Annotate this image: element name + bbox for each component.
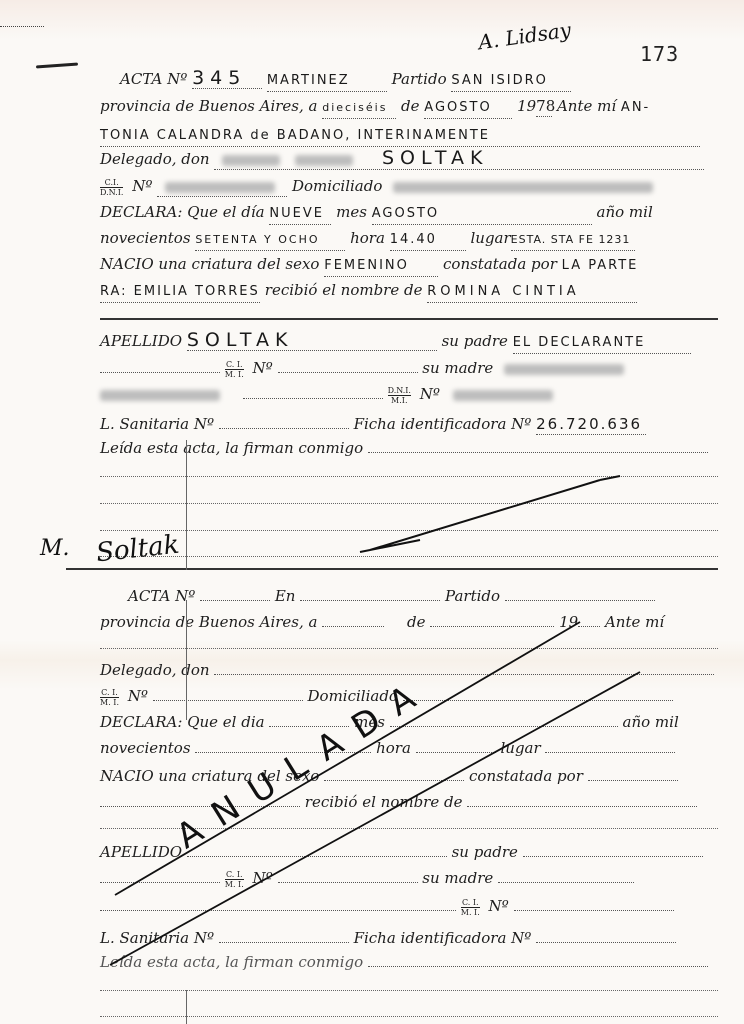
lugar-label: lugar (500, 739, 540, 757)
entry1-recibio-line: RA: EMILIA TORRES recibió el nombre de R… (100, 280, 718, 303)
signature-line-4 (100, 556, 718, 557)
ficha-label: Ficha identificadora Nº (354, 415, 532, 433)
declara-label: DECLARA: Que el día (100, 203, 265, 221)
madre-label: su madre (422, 359, 493, 377)
ante-label: Ante mí (557, 97, 616, 115)
year-prefix: 19 (559, 613, 578, 631)
lugar-label: lugar (470, 229, 510, 247)
de-label: de (407, 613, 425, 631)
birth-certificate-page: A. Lidsay 173 ACTA Nº 345 MARTINEZ Parti… (0, 0, 744, 1024)
ci-fraction: C. I.M. I. (100, 688, 119, 707)
surname (187, 840, 447, 857)
entry2-nacio-line: NACIO una criatura del sexo constatada p… (100, 764, 718, 786)
entry2-mother-id-line: C. I.M. I. Nº (100, 894, 718, 917)
entry1-leida-line: Leída esta acta, la firman conmigo (100, 436, 718, 458)
entry1-provincia-line: provincia de Buenos Aires, a dieciséis d… (100, 96, 718, 119)
entry1-apellido-line: APELLIDO SOLTAK su padre EL DECLARANTE (100, 330, 718, 354)
delegado-label: Delegado, don (100, 661, 210, 679)
entry1-nacio-line: NACIO una criatura del sexo FEMENINO con… (100, 254, 718, 277)
entry1-sanitaria-line: L. Sanitaria Nº Ficha identificadora Nº … (100, 412, 718, 435)
mother (498, 866, 634, 883)
constatada-label: constatada por (469, 767, 583, 785)
folio-number: 173 (640, 42, 679, 66)
redacted-mother-id (453, 390, 553, 401)
signature-line-3 (100, 530, 718, 531)
sanitaria-number (219, 926, 349, 943)
ante-label: Ante mí (605, 613, 664, 631)
registrar-signature: A. Lidsay (477, 18, 573, 55)
ci-fraction: C. I.M. I. (225, 870, 244, 889)
apellido-label: APELLIDO (100, 332, 182, 350)
entry1-declara-line: DECLARA: Que el día NUEVE mes AGOSTO año… (100, 202, 718, 225)
no-label: Nº (253, 869, 273, 887)
signature-line-1 (100, 476, 718, 477)
acta-label: ACTA Nº (120, 70, 187, 88)
entry1-acta-line: ACTA Nº 345 MARTINEZ Partido SAN ISIDRO (120, 68, 718, 92)
staple-mark (36, 63, 78, 69)
entry2-provincia-line: provincia de Buenos Aires, a de 19 Ante … (100, 610, 718, 632)
date-month: AGOSTO (424, 98, 512, 119)
signature-line-6 (100, 1016, 718, 1017)
attested-by-2: RA: EMILIA TORRES (100, 282, 260, 303)
leida-label: Leída esta acta, la firman conmigo (100, 953, 363, 971)
year-prefix: 19 (517, 97, 536, 115)
mes-label: mes (336, 203, 367, 221)
redacted-second-name (295, 155, 353, 166)
ficha-number: 26.720.636 (536, 414, 646, 435)
year-suffix: 78 (536, 96, 552, 117)
acta-number: 345 (192, 68, 262, 89)
entry-divider (66, 568, 718, 570)
father-id-blank (100, 356, 220, 373)
delegado-surname: SOLTAK (382, 147, 489, 169)
birth-day: NUEVE (269, 204, 331, 225)
entry2-acta-line: ACTA Nº En Partido (128, 584, 718, 606)
birth-place (545, 736, 675, 753)
redacted-mother-name (504, 364, 624, 375)
acta-number (200, 584, 270, 601)
mother-blank (243, 382, 383, 399)
date-day: dieciséis (322, 98, 396, 119)
de-label: de (401, 97, 419, 115)
ci-fraction: C. I.M. I. (225, 360, 244, 379)
father (523, 840, 703, 857)
id-number (153, 684, 303, 701)
signatures-blank (368, 436, 708, 453)
fold-crease-2 (186, 600, 187, 720)
mother-blank (100, 894, 456, 911)
entry2-novecientos-line: novecientos hora lugar (100, 736, 718, 758)
signatures-blank (368, 950, 708, 967)
novecientos-label: novecientos (100, 739, 191, 757)
no-label: Nº (420, 385, 440, 403)
entry1-id-line: C.I.D.N.I. Nº Domiciliado (100, 176, 718, 197)
fold-crease (186, 440, 187, 570)
entry2-sanitaria-line: L. Sanitaria Nº Ficha identificadora Nº (100, 926, 718, 948)
entry2-leida-line: Leída esta acta, la firman conmigo (100, 950, 718, 972)
no-label: Nº (128, 687, 148, 705)
official-name: TONIA CALANDRA de BADANO, INTERINAMENTE (100, 126, 700, 147)
year-suffix (578, 610, 600, 627)
ficha-number (536, 926, 676, 943)
novecientos-label: novecientos (100, 229, 191, 247)
entry2-official-line (100, 648, 718, 649)
entry2-madre-line: C. I.M. I. Nº su madre (100, 866, 718, 889)
partido-label: Partido (445, 587, 500, 605)
entry1-delegado-line: Delegado, don SOLTAK (100, 148, 718, 170)
redacted-mother-surname (100, 390, 220, 401)
padre-label: su padre (452, 843, 518, 861)
margin-mark (0, 26, 44, 27)
ano-mil-label: año mil (597, 203, 653, 221)
nacio-label: NACIO una criatura del sexo (100, 255, 319, 273)
hora-label: hora (350, 229, 385, 247)
entry1-father-id-line: C. I.M. I. Nº su madre (100, 356, 718, 379)
madre-label: su madre (422, 869, 493, 887)
birth-hour: 14.40 (390, 230, 466, 251)
birth-place: ESTA. STA FE 1231 (511, 230, 635, 251)
domiciliado-label: Domiciliado (292, 177, 382, 195)
declarant-signature: Soltak (95, 530, 181, 569)
entry1-official-line: TONIA CALANDRA de BADANO, INTERINAMENTE (100, 124, 718, 147)
father-id-number (278, 356, 418, 373)
partido-value (505, 584, 655, 601)
constatada-label: constatada por (443, 255, 557, 273)
no-label: Nº (489, 897, 509, 915)
margin-initials: M. (40, 536, 70, 561)
sex (324, 764, 464, 781)
fold-crease-3 (186, 990, 187, 1024)
sanitaria-label: L. Sanitaria Nº (100, 415, 214, 433)
padre-label: su padre (442, 332, 508, 350)
address (403, 684, 673, 701)
redacted-address (393, 182, 653, 193)
sanitaria-number (219, 412, 349, 429)
sanitaria-label: L. Sanitaria Nº (100, 929, 214, 947)
en-value: MARTINEZ (267, 71, 387, 92)
father-id (278, 866, 418, 883)
mother-id (514, 894, 674, 911)
signature-line-2 (100, 503, 718, 504)
birth-hour (416, 736, 496, 753)
given-name: ROMINA CINTIA (427, 282, 637, 303)
official-part1: AN- (621, 100, 650, 115)
redacted-id (165, 182, 275, 193)
entry1-mother-id-line: D.N.I.M.I. Nº (100, 382, 718, 405)
recibio-label: recibió el nombre de (305, 793, 463, 811)
provincia-label: provincia de Buenos Aires, a (100, 613, 317, 631)
date-day (322, 610, 384, 627)
attested-by-1: LA PARTE (562, 258, 639, 273)
date-month (430, 610, 554, 627)
partido-label: Partido (392, 70, 447, 88)
birth-month: AGOSTO (372, 204, 592, 225)
declara-label: DECLARA: Que el dia (100, 713, 265, 731)
delegado-name (214, 658, 714, 675)
id-type-fraction: C.I.D.N.I. (100, 178, 123, 197)
redacted-first-name (222, 155, 280, 166)
partido-value: SAN ISIDRO (451, 71, 571, 92)
birth-year-words: SETENTA Y OCHO (195, 230, 345, 251)
entry1-novecientos-line: novecientos SETENTA Y OCHO hora 14.40 lu… (100, 228, 718, 251)
ficha-label: Ficha identificadora Nº (354, 929, 532, 947)
id-number (157, 176, 287, 197)
surname: SOLTAK (187, 330, 437, 351)
no-label: Nº (132, 177, 152, 195)
ano-mil-label: año mil (623, 713, 679, 731)
provincia-label: provincia de Buenos Aires, a (100, 97, 317, 115)
entry1-blank-line (100, 318, 718, 320)
dni-fraction: D.N.I.M.I. (388, 386, 411, 405)
en-value (300, 584, 440, 601)
delegado-label: Delegado, don (100, 150, 210, 168)
leida-label: Leída esta acta, la firman conmigo (100, 439, 363, 457)
given-name (467, 790, 697, 807)
father: EL DECLARANTE (513, 333, 691, 354)
hora-label: hora (376, 739, 411, 757)
cross-out-strike-1 (360, 480, 600, 552)
ci-fraction: C. I.M. I. (461, 898, 480, 917)
apellido-label: APELLIDO (100, 843, 182, 861)
delegado-name: SOLTAK (214, 148, 704, 170)
no-label: Nº (253, 359, 273, 377)
sex: FEMENINO (324, 256, 438, 277)
father-blank (100, 866, 220, 883)
birth-month (390, 710, 618, 727)
recibio-label: recibió el nombre de (265, 281, 423, 299)
attested-by (588, 764, 678, 781)
signature-line-5 (100, 990, 718, 991)
en-label: En (275, 587, 296, 605)
